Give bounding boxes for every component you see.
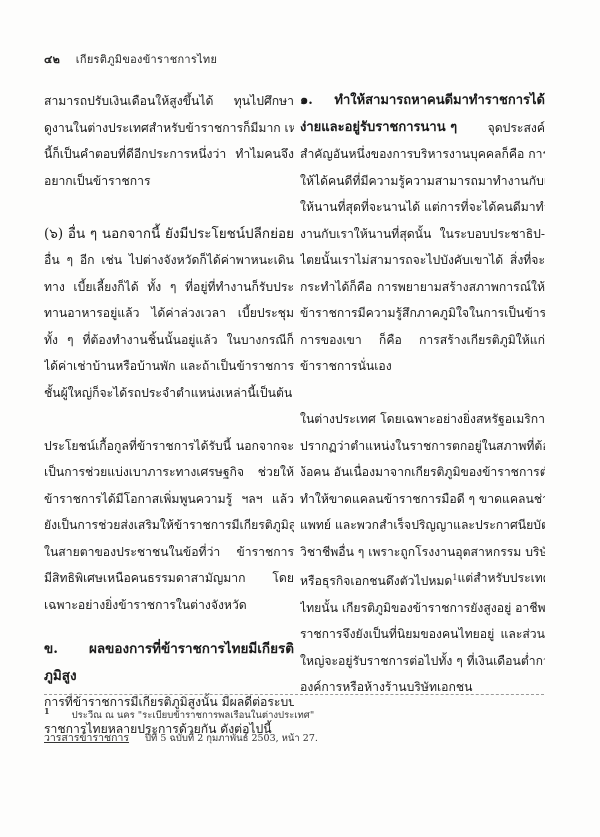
text-line: องค์การหรือห้างร้านบริษัทเอกชน <box>300 674 545 701</box>
text-line: ใหญ่จะอยู่รับราชการต่อไปทั้ง ๆ ที่เงินเด… <box>300 648 545 675</box>
text-line: ชั้นผู้ใหญ่ก็จะได้รถประจำตำแหน่งเหล่านี้… <box>44 380 294 407</box>
text-line: สำคัญอันหนึ่งของการบริหารงานบุคคลก็คือ ก… <box>300 141 545 168</box>
text-line: ทานอาหารอยู่แล้ว ได้ค่าล่วงเวลา เบี้ยประ… <box>44 300 294 327</box>
text-line: นี้ก็เป็นคำตอบที่ดีอีกประการหนึ่งว่า ทำไ… <box>44 141 294 168</box>
text-line: เป็นการช่วยแบ่งเบาภาระทางเศรษฐกิจ ช่วยให… <box>44 459 294 486</box>
text-line: เฉพาะอย่างยิ่งข้าราชการในต่างจังหวัด <box>44 592 294 619</box>
text-line: ในต่างประเทศ โดยเฉพาะอย่างยิ่งสหรัฐอเมริ… <box>300 406 545 433</box>
text-line: ในสายตาของประชาชนในข้อที่ว่า ข้าราชการ <box>44 539 294 566</box>
text-line: งานกับเราให้นานที่สุดนั้น ในระบอบประชาธิ… <box>300 221 545 248</box>
text-line: ดูงานในต่างประเทศสำหรับข้าราชการก็มีมาก … <box>44 115 294 142</box>
running-title: เกียรติภูมิของข้าราชการไทย <box>76 53 217 66</box>
text-line-with-footnote: หรือธุรกิจเอกชนดึงตัวไปหมด1 แต่สำหรับประ… <box>300 565 545 595</box>
text-line: มีสิทธิพิเศษเหนือคนธรรมดาสามัญมาก โดย <box>44 565 294 592</box>
text-line: ทั้ง ๆ ที่ต้องทำงานชิ้นนั้นอยู่แล้ว ในบา… <box>44 327 294 354</box>
footnote-line-2: วารสารข้าราชการปีที่ 5 ฉบับที่ 2 กุมภาพั… <box>44 727 544 750</box>
page-header: ๔๒ เกียรติภูมิของข้าราชการไทย <box>44 50 217 68</box>
text-line: การของเขา ก็คือ การสร้างเกียรติภูมิให้แก… <box>300 327 545 354</box>
item-6-heading: (๖) อื่น ๆ นอกจากนี้ ยังมีประโยชน์ปลีกย่… <box>44 221 294 248</box>
scanned-page: ๔๒ เกียรติภูมิของข้าราชการไทย สามารถปรับ… <box>0 0 600 837</box>
text-line: ไทยนั้น เกียรติภูมิของข้าราชการยังสูงอยู… <box>300 595 545 622</box>
text-line: แพทย์ และพวกสำเร็จปริญญาและประกาศนียบัตร <box>300 512 545 539</box>
footnote-line-1: 1ประวีณ ณ นคร "ระเบียบข้าราชการพลเรือนใน… <box>44 700 544 727</box>
text-line: วิชาชีพอื่น ๆ เพราะถูกโรงงานอุตสาหกรรม บ… <box>300 539 545 566</box>
text-line: ทำให้ขาดแคลนข้าราชการมือดี ๆ ขาดแคลนช่าง <box>300 486 545 513</box>
item-1-heading-tail: จุดประสงค์ <box>488 115 545 142</box>
item-1-heading: ๑. ทำให้สามารถหาคนดีมาทำราชการได้ <box>300 88 545 115</box>
item-1-heading-line2: ง่ายและอยู่รับราชการนาน ๆ <box>300 115 457 142</box>
text-line: กระทำได้ก็คือ การพยายามสร้างสภาพการณ์ให้ <box>300 274 545 301</box>
text-line: ข้าราชการมีความรู้สึกภาคภูมิใจในการเป็นข… <box>300 300 545 327</box>
text-line: ข้าราชการนั่นเอง <box>300 353 545 380</box>
footnote-divider <box>44 694 544 695</box>
text-line: ยังเป็นการช่วยส่งเสริมให้ข้าราชการมีเกีย… <box>44 512 294 539</box>
text-line: ราชการจึงยังเป็นที่นิยมของคนไทยอยู่ และส… <box>300 621 545 648</box>
text-segment: แต่สำหรับประเทศ <box>457 565 545 595</box>
text-line: ปรากฏว่าตำแหน่งในราชการตกอยู่ในสภาพที่ต้… <box>300 433 545 460</box>
footnote: 1ประวีณ ณ นคร "ระเบียบข้าราชการพลเรือนใน… <box>44 700 544 750</box>
text-line: ประโยชน์เกื้อกูลที่ข้าราชการได้รับนี้ นอ… <box>44 433 294 460</box>
section-heading-b-cont: ภูมิสูง <box>44 663 294 690</box>
journal-title: วารสารข้าราชการ <box>44 732 129 744</box>
footnote-marker: 1 <box>44 706 50 716</box>
text-line: สามารถปรับเงินเดือนให้สูงขึ้นได้ ทุนไปศึ… <box>44 88 294 115</box>
right-column: ๑. ทำให้สามารถหาคนดีมาทำราชการได้ ง่ายแล… <box>300 88 545 701</box>
page-number: ๔๒ <box>44 50 72 68</box>
text-line: ง้อคน อันเนื่องมาจากเกียรติภูมิของข้าราช… <box>300 459 545 486</box>
text-line: ได้ค่าเช่าบ้านหรือบ้านพัก และถ้าเป็นข้าร… <box>44 353 294 380</box>
text-line: อยากเป็นข้าราชการ <box>44 168 294 195</box>
text-line: ให้ได้คนดีที่มีความรู้ความสามารถมาทำงานก… <box>300 168 545 195</box>
text-segment: หรือธุรกิจเอกชนดึงตัวไปหมด1 <box>300 565 457 595</box>
item-1-heading-cont: ง่ายและอยู่รับราชการนาน ๆ จุดประสงค์ <box>300 115 545 142</box>
text-line: อื่น ๆ อีก เช่น ไปต่างจังหวัดก็ได้ค่าพาห… <box>44 247 294 274</box>
section-heading-b: ข. ผลของการที่ข้าราชการไทยมีเกียรติ <box>44 636 294 663</box>
text-line: ให้นานที่สุดที่จะนานได้ แต่การที่จะได้คน… <box>300 194 545 221</box>
text-line: ทาง เบี้ยเลี้ยงก็ได้ ทั้ง ๆ ที่อยู่ที่ทำ… <box>44 274 294 301</box>
text-line: ข้าราชการได้มีโอกาสเพิ่มพูนความรู้ ฯลฯ แ… <box>44 486 294 513</box>
text-line: ไตยนั้นเราไม่สามารถจะไปบังคับเขาได้ สิ่ง… <box>300 247 545 274</box>
left-column: สามารถปรับเงินเดือนให้สูงขึ้นได้ ทุนไปศึ… <box>44 88 294 742</box>
